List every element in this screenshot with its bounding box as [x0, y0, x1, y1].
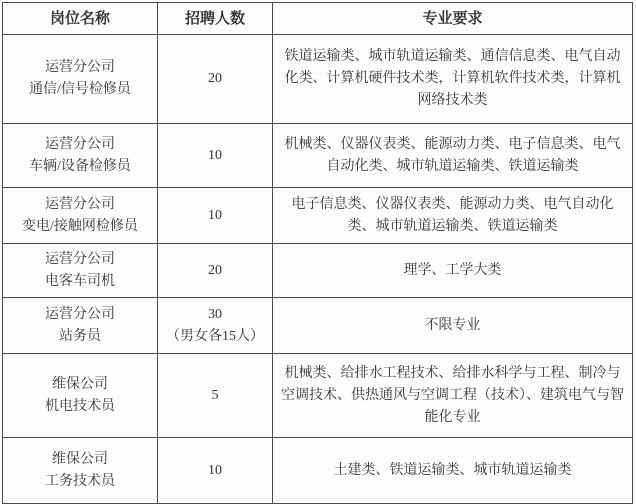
position-cell: 运营分公司 电客车司机: [3, 244, 158, 298]
header-position: 岗位名称: [3, 3, 158, 35]
position-cell: 维保公司 工务技术员: [3, 438, 158, 501]
requirements-cell: 机械类、给排水工程技术、给排水科学与工程、制冷与空调技术、供热通风与空调工程（技…: [273, 354, 633, 438]
requirements-cell: 理学、工学大类: [273, 244, 633, 298]
count-cell: 10: [158, 124, 273, 188]
recruitment-table-container: 岗位名称 招聘人数 专业要求 运营分公司 通信/信号检修员 20 铁道运输类、城…: [2, 2, 633, 500]
requirements-cell: 土建类、铁道运输类、城市轨道运输类: [273, 438, 633, 501]
position-cell: 运营分公司 通信/信号检修员: [3, 35, 158, 124]
count-cell: 20: [158, 35, 273, 124]
count-cell: 10: [158, 188, 273, 244]
table-row: 运营分公司 站务员 30 （男女各15人） 不限专业: [3, 298, 633, 354]
requirements-cell: 机械类、仪器仪表类、能源动力类、电子信息类、电气自动化类、城市轨道运输类、铁道运…: [273, 124, 633, 188]
count-cell: 5: [158, 354, 273, 438]
count-cell: 30 （男女各15人）: [158, 298, 273, 354]
table-row: 维保公司 机电技术员 5 机械类、给排水工程技术、给排水科学与工程、制冷与空调技…: [3, 354, 633, 438]
requirements-cell: 电子信息类、仪器仪表类、能源动力类、电气自动化类、城市轨道运输类、铁道运输类: [273, 188, 633, 244]
table-row: 维保公司 工务技术员 10 土建类、铁道运输类、城市轨道运输类: [3, 438, 633, 501]
header-row: 岗位名称 招聘人数 专业要求: [3, 3, 633, 35]
position-cell: 运营分公司 变电/接触网检修员: [3, 188, 158, 244]
table-row: 运营分公司 车辆/设备检修员 10 机械类、仪器仪表类、能源动力类、电子信息类、…: [3, 124, 633, 188]
header-count: 招聘人数: [158, 3, 273, 35]
table-row: 运营分公司 变电/接触网检修员 10 电子信息类、仪器仪表类、能源动力类、电气自…: [3, 188, 633, 244]
count-cell: 20: [158, 244, 273, 298]
requirements-cell: 铁道运输类、城市轨道运输类、通信信息类、电气自动化类、计算机硬件技术类，计算机软…: [273, 35, 633, 124]
position-cell: 运营分公司 车辆/设备检修员: [3, 124, 158, 188]
header-requirements: 专业要求: [273, 3, 633, 35]
position-cell: 运营分公司 站务员: [3, 298, 158, 354]
position-cell: 维保公司 机电技术员: [3, 354, 158, 438]
requirements-cell: 不限专业: [273, 298, 633, 354]
recruitment-table: 岗位名称 招聘人数 专业要求 运营分公司 通信/信号检修员 20 铁道运输类、城…: [2, 2, 633, 500]
table-row: 运营分公司 通信/信号检修员 20 铁道运输类、城市轨道运输类、通信信息类、电气…: [3, 35, 633, 124]
count-cell: 10: [158, 438, 273, 501]
table-row: 运营分公司 电客车司机 20 理学、工学大类: [3, 244, 633, 298]
